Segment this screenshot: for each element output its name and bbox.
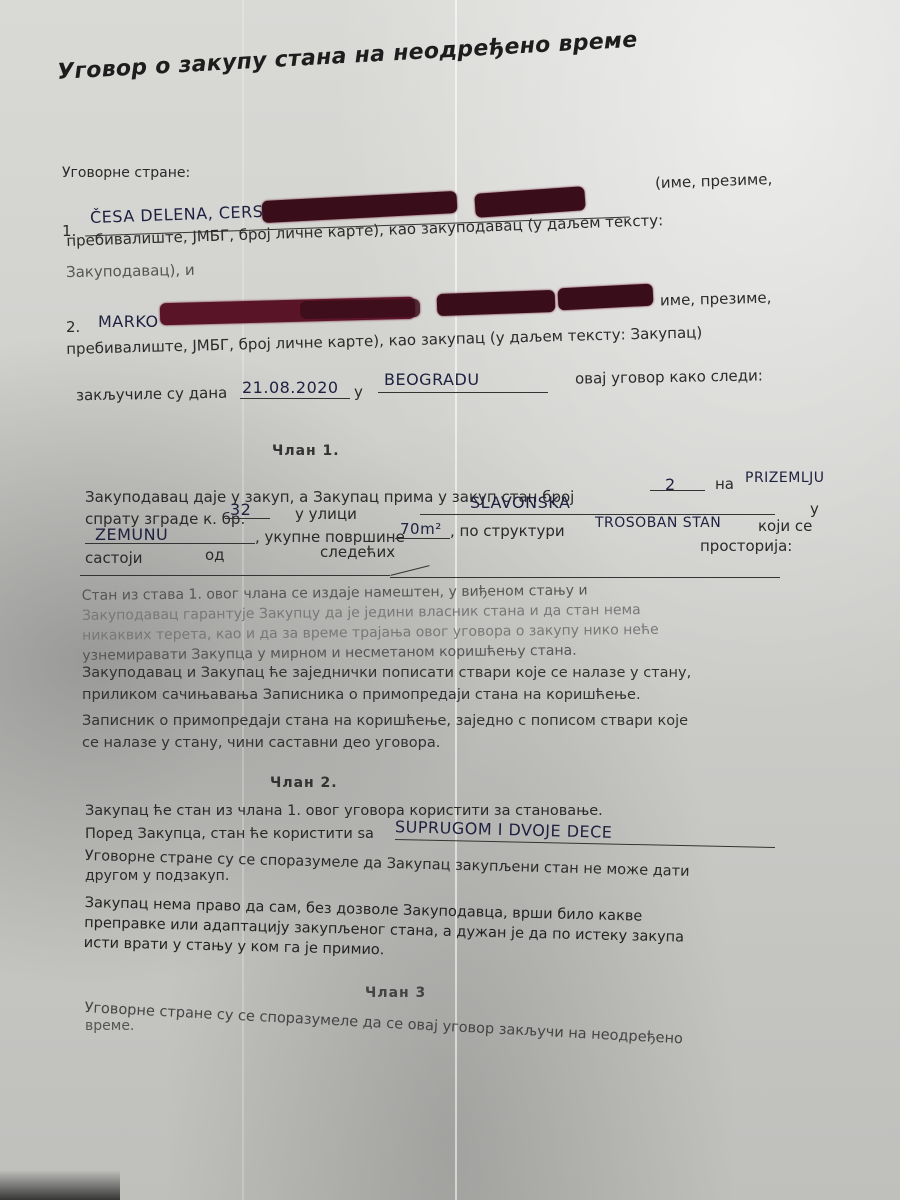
city-name: ZEMUNU bbox=[95, 525, 168, 544]
paragraph-line: приликом сачињавања Записника о примопре… bbox=[82, 684, 822, 706]
apartment-area: 70m² bbox=[400, 520, 442, 538]
article1-heading: Члан 1. bbox=[272, 443, 340, 459]
article2-line2-prefix: Поред Закупца, стан ће користити sa bbox=[85, 826, 374, 842]
article1-line4-c: следећих bbox=[320, 543, 395, 561]
article1-paragraph3: Закуподавац и Закупац ће заједнички попи… bbox=[82, 662, 822, 706]
date-fill-line bbox=[240, 398, 350, 399]
party2-number: 2. bbox=[66, 318, 80, 336]
redaction-mark bbox=[300, 299, 420, 319]
paragraph-line: Записник о примопредаји стана на коришће… bbox=[82, 710, 822, 732]
party1-line3: Закуподавац), и bbox=[66, 261, 195, 281]
contract-date: 21.08.2020 bbox=[242, 378, 339, 397]
article2-paragraph2: Закупац нема право да сам, без дозволе З… bbox=[84, 893, 815, 971]
redaction-mark bbox=[262, 191, 458, 223]
apartment-floor: PRIZEMLJU bbox=[745, 470, 825, 486]
paragraph-line: Закуподавац и Закупац ће заједнички попи… bbox=[82, 662, 822, 684]
article1-paragraph2: Стан из става 1. овог члана се издаје на… bbox=[82, 578, 823, 666]
article1-line4-b: од bbox=[205, 546, 225, 564]
paragraph-line: се налазе у стану, чини саставни део уго… bbox=[82, 732, 822, 754]
article1-line2-mid: у улици bbox=[295, 505, 357, 523]
apartment-structure: TROSOBAN STAN bbox=[595, 515, 721, 531]
redaction-mark bbox=[474, 186, 585, 218]
contract-place: BEOGRADU bbox=[384, 370, 480, 389]
building-fill-line bbox=[225, 518, 270, 519]
article2-heading: Члан 2. bbox=[270, 775, 338, 791]
redaction-mark bbox=[437, 290, 556, 316]
article1-paragraph4: Записник о примопредаји стана на коришће… bbox=[82, 710, 822, 754]
redaction-mark bbox=[557, 284, 653, 311]
apartment-number: 2 bbox=[665, 475, 676, 494]
article3-heading: Члан 3 bbox=[365, 985, 426, 1001]
street-name: SLAVONSKA bbox=[470, 493, 570, 512]
party1-suffix: (име, презиме, bbox=[655, 170, 773, 192]
building-number: 32 bbox=[230, 500, 251, 519]
article2-line4: другом у подзакуп. bbox=[85, 868, 229, 884]
article1-line4-a: састоји bbox=[85, 549, 143, 567]
article3-line2: време. bbox=[85, 1018, 134, 1034]
cohabitants: SUPRUGOM I DVOJE DECE bbox=[395, 817, 613, 842]
place-fill-line bbox=[378, 392, 548, 393]
concluded-suffix: овај уговор како следи: bbox=[575, 366, 763, 387]
rooms-fill-line-slash bbox=[390, 565, 429, 576]
apartment-fill-line bbox=[650, 490, 705, 491]
party2-suffix: име, презиме, bbox=[660, 289, 772, 310]
page-shadow bbox=[0, 1170, 120, 1200]
document-page: Уговор о закупу стана на неодређено врем… bbox=[0, 0, 900, 1200]
parties-label: Уговорне стране: bbox=[62, 165, 190, 181]
article1-line4-d: просторија: bbox=[700, 537, 792, 555]
article1-line1-mid: на bbox=[715, 475, 734, 493]
document-title: Уговор о закупу стана на неодређено врем… bbox=[57, 28, 639, 85]
concluded-in: у bbox=[354, 383, 363, 401]
article1-line2-suffix: у bbox=[810, 500, 819, 518]
rooms-fill-line bbox=[390, 577, 780, 578]
party2-line2: пребивалиште, ЈМБГ, број личне карте), к… bbox=[66, 323, 702, 358]
area-fill-line bbox=[395, 538, 450, 539]
rooms-fill-line bbox=[80, 575, 390, 576]
city-fill-line bbox=[85, 543, 255, 544]
article1-line3-mid2: , по структури bbox=[450, 522, 565, 540]
article3-line1: Уговорне стране су се споразумеле да се … bbox=[84, 1000, 683, 1047]
party2-handwritten: MARKO bbox=[98, 312, 159, 331]
article1-line3-suffix: који се bbox=[758, 517, 812, 535]
article2-line1: Закупац ће стан из члана 1. овог уговора… bbox=[85, 803, 603, 819]
concluded-prefix: закључиле су дана bbox=[76, 384, 228, 405]
